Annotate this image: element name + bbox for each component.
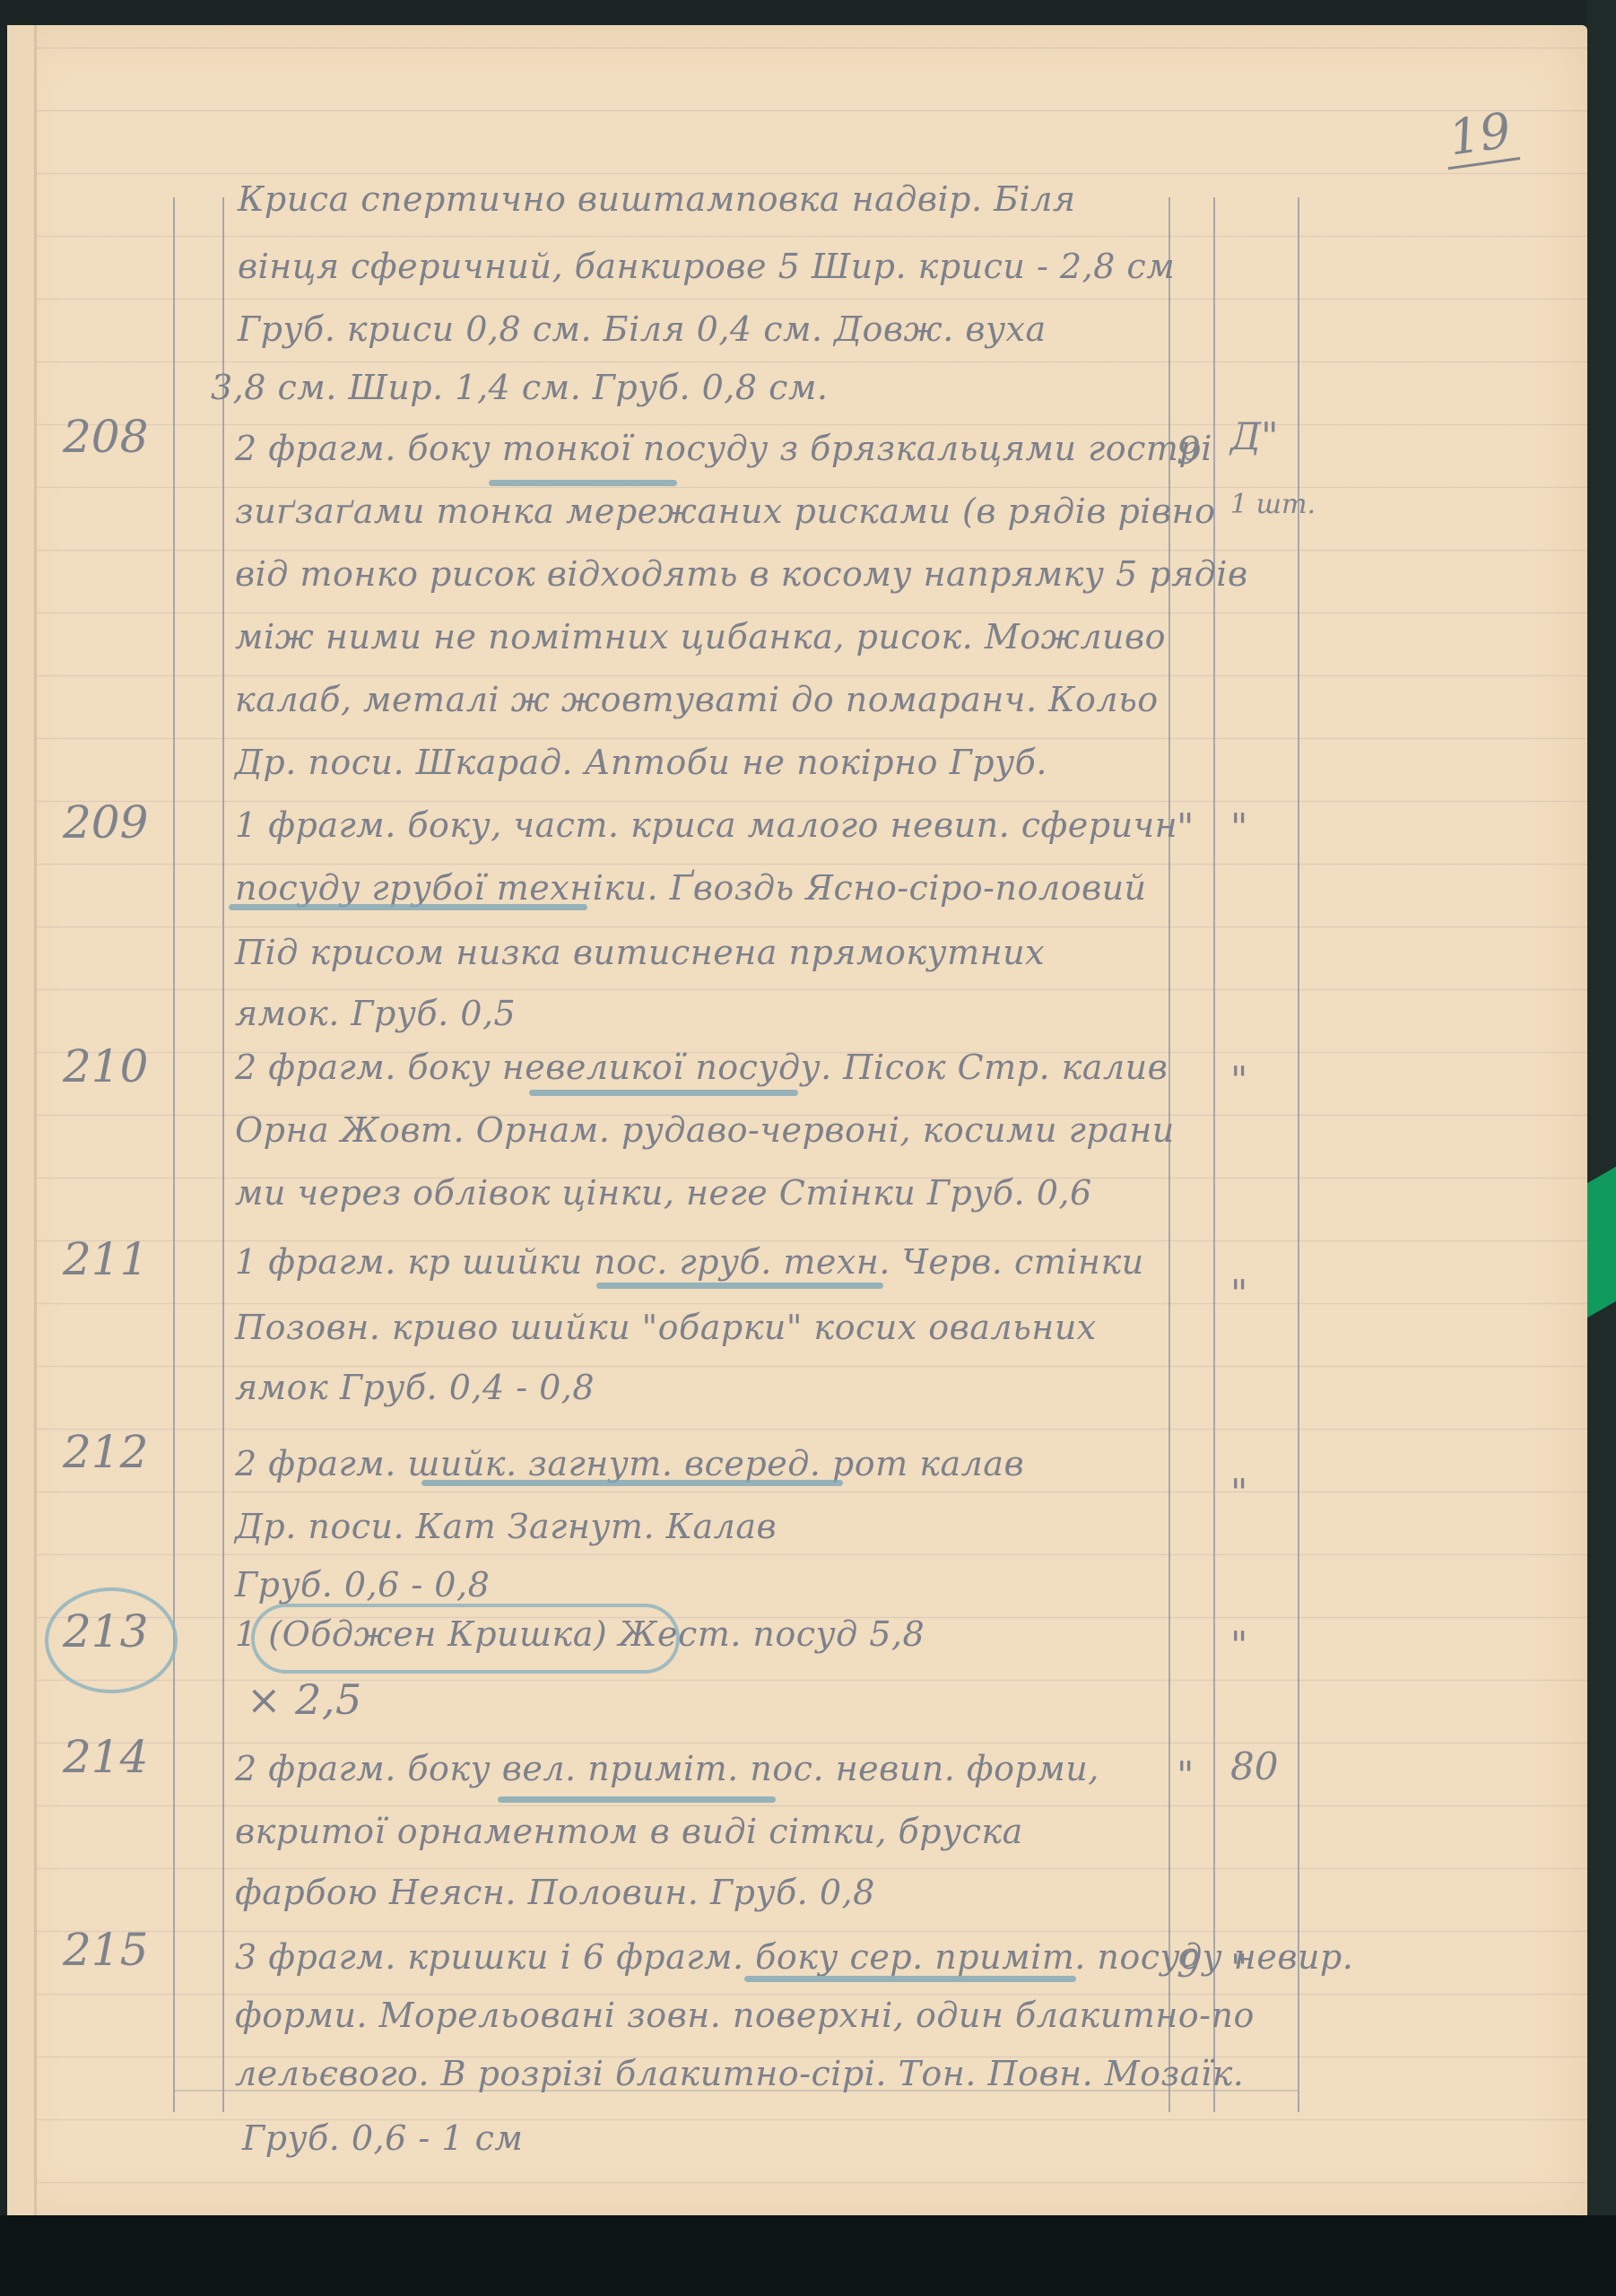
entry-line: ми через облівок цінки, неге Стінки Груб… <box>235 1173 1092 1213</box>
entry-line: × 2,5 <box>247 1675 362 1724</box>
page-number: 19 <box>1440 101 1520 170</box>
entry-line: калаб, металі ж жовтуваті до помаранч. К… <box>235 680 1159 719</box>
entry-number: 208 <box>63 411 148 463</box>
entry-number: 209 <box>63 796 148 848</box>
entry-line: Груб. 0,6 - 0,8 <box>235 1565 490 1605</box>
entry-line: Позовн. криво шийки "обарки" косих оваль… <box>235 1308 1097 1347</box>
entry-count-unit: 1 шт. <box>1230 489 1316 520</box>
intro-line: Груб. криси 0,8 см. Біля 0,4 см. Довж. в… <box>238 309 1047 349</box>
entry-count: " <box>1230 1623 1247 1667</box>
column-line-number <box>173 197 175 2112</box>
entry-line: 2 фрагм. боку тонкої посуду з брязкальця… <box>235 429 1212 468</box>
blue-underline <box>229 904 587 910</box>
green-tab <box>1587 1167 1616 1318</box>
notebook-spine <box>7 25 37 2222</box>
entry-line: 2 фрагм. шийк. загнут. всеред. рот калав <box>235 1444 1024 1483</box>
blue-underline <box>744 1976 1076 1982</box>
entry-line: Др. поси. Шкарад. Аптоби не покірно Груб… <box>235 743 1047 782</box>
column-line-right <box>1298 197 1299 2112</box>
entry-line: між ними не помітних цибанка, рисок. Мож… <box>235 617 1166 657</box>
background-bottom <box>0 2215 1616 2296</box>
entry-line: посуду грубої техніки. Ґвоздь Ясно-сіро-… <box>235 868 1147 908</box>
entry-qty: " <box>1177 805 1194 849</box>
entry-number: 211 <box>63 1233 148 1285</box>
entry-count: 80 <box>1230 1744 1278 1788</box>
entry-line: зиґзаґами тонка мережаних рисками (в ряд… <box>235 491 1215 531</box>
entry-line: фарбою Неясн. Половин. Груб. 0,8 <box>235 1873 875 1912</box>
entry-line: Під крисом низка витиснена прямокутних <box>235 933 1045 972</box>
entry-line: Груб. 0,6 - 1 см <box>242 2118 523 2158</box>
entry-line: 2 фрагм. боку вел. приміт. пос. невип. ф… <box>235 1749 1099 1788</box>
entry-qty: 9 <box>1177 429 1201 473</box>
entry-count: " <box>1230 1272 1247 1316</box>
entry-count: " <box>1230 1946 1247 1990</box>
entry-qty: 9 <box>1177 1942 1201 1986</box>
entry-line: 1 фрагм. боку, част. криса малого невип.… <box>235 805 1177 845</box>
entry-line: форми. Морельовані зовн. поверхні, один … <box>235 1996 1255 2035</box>
entry-count: " <box>1230 1471 1247 1515</box>
blue-underline <box>596 1283 883 1289</box>
entry-line: ямок Груб. 0,4 - 0,8 <box>235 1368 595 1407</box>
entry-count: " <box>1230 805 1247 849</box>
entry-number: 213 <box>63 1605 148 1657</box>
blue-underline <box>489 480 677 486</box>
intro-line: 3,8 см. Шир. 1,4 см. Груб. 0,8 см. <box>211 368 829 407</box>
entry-line: 1 (Обджен Кришка) Жест. посуд 5,8 <box>235 1614 925 1654</box>
intro-line: вінця сферичний, банкирове 5 Шир. криси … <box>238 247 1175 286</box>
entry-line: Др. поси. Кат Загнут. Калав <box>235 1507 777 1546</box>
blue-underline <box>529 1090 798 1096</box>
entry-line: лельєвого. В розрізі блакитно-сірі. Тон.… <box>235 2054 1244 2093</box>
intro-line: Криса спертично виштамповка надвір. Біля <box>238 179 1076 219</box>
blue-underline <box>498 1796 776 1803</box>
entry-number: 214 <box>63 1731 148 1783</box>
background-right <box>1587 0 1616 2296</box>
column-line-qty <box>1169 197 1170 2112</box>
blue-underline <box>421 1480 843 1486</box>
entry-line: Орна Жовт. Орнам. рудаво-червоні, косими… <box>235 1110 1175 1150</box>
entry-line: вкритої орнаментом в виді сітки, бруска <box>235 1812 1023 1851</box>
column-line-description <box>222 197 224 2112</box>
entry-line: 1 фрагм. кр шийки пос. груб. техн. Черв.… <box>235 1242 1144 1282</box>
entry-number: 210 <box>63 1040 148 1092</box>
entry-line: від тонко рисок відходять в косому напря… <box>235 554 1248 594</box>
entry-qty: " <box>1177 1753 1194 1797</box>
entry-number: 215 <box>63 1924 148 1976</box>
column-line-count <box>1213 197 1215 2112</box>
entry-line: ямок. Груб. 0,5 <box>235 994 516 1033</box>
entry-number: 212 <box>63 1426 148 1478</box>
entry-count: Д" <box>1230 414 1278 458</box>
entry-count: " <box>1230 1058 1247 1102</box>
entry-line: 2 фрагм. боку невеликої посуду. Пісок Ст… <box>235 1048 1168 1087</box>
